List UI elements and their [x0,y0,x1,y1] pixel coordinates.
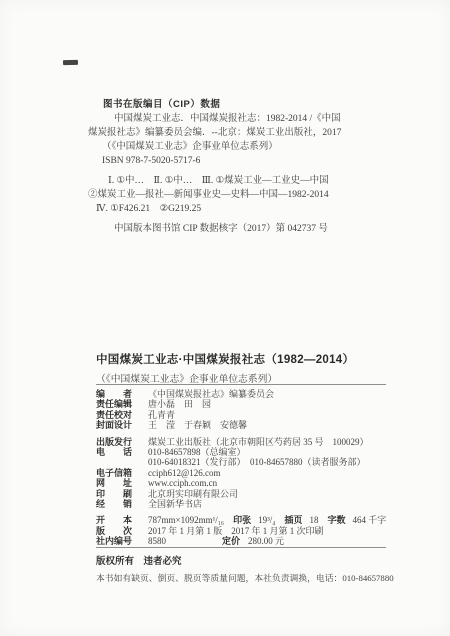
colophon-row-proofreader: 责任校对 孔青青 [96,410,406,420]
colophon-value: 787mm×1092mm¹/₁₆ [148,515,224,525]
colophon: 编 者 《中国煤炭报社志》编纂委员会 责任编辑 唐小磊 田 园 责任校对 孔青青… [96,389,406,546]
colophon-label: 编 者 [96,389,148,399]
colophon-label: 经 销 [96,499,148,509]
colophon-value: 010-84657898（总编室） [148,447,246,457]
cip-classification-line-2: ②煤炭工业—报社—新闻事业史—史料—中国—1982-2014 [88,188,394,202]
cip-classification-line-1: Ⅰ. ①中… Ⅱ. ①中… Ⅲ. ①煤炭工业—工业史—中国 [108,174,394,188]
colophon-value: 北京玥实印刷有限公司 [148,489,238,499]
colophon-label: 网 址 [96,478,148,488]
cip-classification-line-3: Ⅳ. ①F426.21 ②G219.25 [96,202,394,216]
colophon-label: 版 次 [96,526,148,536]
cip-isbn: ISBN 978-7-5020-5717-6 [102,154,394,168]
colophon-value: 《中国煤炭报社志》编纂委员会 [148,389,274,399]
colophon-value: 王 滢 于春颖 安德馨 [148,420,247,430]
colophon-row-distributor: 经 销 全国新华书店 [96,499,406,509]
colophon-label-price: 定价 [222,536,240,546]
colophon-row-phone: 电 话 010-84657898（总编室） [96,447,406,457]
colophon-row-website: 网 址 www.cciph.com.cn [96,478,406,488]
colophon-value-sheets: 19³/₄ [258,515,275,525]
colophon-label: 责任编辑 [96,399,148,409]
colophon-label-wordcount: 字数 [327,515,345,525]
scan-artifact-mark [63,60,78,65]
cip-record-number: 中国版本图书馆 CIP 数据核字（2017）第 042737 号 [114,222,394,236]
copyright-page: 图书在版编目（CIP）数据 中国煤炭工业志．中国煤炭报社志：1982-2014 … [0,0,450,636]
colophon-row-phone-continued: 010-64018321（发行部） 010-84657880（读者服务部） [96,457,406,467]
colophon-row-publisher: 出版发行 煤炭工业出版社（北京市朝阳区芍药居 35 号 100029） [96,437,406,447]
colophon-value-wordcount: 464 千字 [352,515,386,525]
colophon-label: 责任校对 [96,410,148,420]
colophon-row-cover-design: 封面设计 王 滢 于春颖 安德馨 [96,420,406,430]
footer: 版权所有 违者必究 本书如有缺页、倒页、脱页等质量问题，本社负责调换，电话：01… [96,553,396,584]
cip-description-line-1: 中国煤炭工业志．中国煤炭报社志：1982-2014 /《中国 [114,112,394,126]
colophon-label: 电子信箱 [96,468,148,478]
colophon-label: 封面设计 [96,420,148,430]
colophon-row-printer: 印 刷 北京玥实印刷有限公司 [96,489,406,499]
colophon-row-edition: 版 次 2017 年 1 月第 1 版 2017 年 1 月第 1 次印刷 [96,526,406,536]
colophon-row-responsible-editor: 责任编辑 唐小磊 田 园 [96,399,406,409]
colophon-value: www.cciph.com.cn [148,478,217,488]
colophon-label: 社内编号 [96,536,148,546]
colophon-value: 孔青青 [148,410,175,420]
colophon-value: 全国新华书店 [148,499,202,509]
colophon-label-inserts: 插页 [284,515,302,525]
cip-block: 图书在版编目（CIP）数据 中国煤炭工业志．中国煤炭报社志：1982-2014 … [88,98,394,236]
colophon-row-email: 电子信箱 cciph612@126.com [96,468,406,478]
colophon-label-sheets: 印张 [233,515,251,525]
book-title: 中国煤炭工业志·中国煤炭报社志（1982—2014） [96,351,396,367]
colophon-label: 印 刷 [96,489,148,499]
colophon-value-serial: 8580 [148,536,166,546]
colophon-value: 2017 年 1 月第 1 版 2017 年 1 月第 1 次印刷 [148,526,324,536]
book-series-note: （《中国煤炭工业志》企事业单位志系列） [96,371,396,385]
colophon-value: cciph612@126.com [148,468,221,478]
colophon-value: 010-64018321（发行部） 010-84657880（读者服务部） [148,457,366,467]
cip-header: 图书在版编目（CIP）数据 [103,98,394,112]
colophon-value: 煤炭工业出版社（北京市朝阳区芍药居 35 号 100029） [148,437,369,447]
copyright-notice: 版权所有 违者必究 [96,553,396,567]
divider-top [96,384,386,385]
colophon-value-inserts: 18 [309,515,318,525]
divider-bottom [96,547,386,548]
quality-notice: 本书如有缺页、倒页、脱页等质量问题，本社负责调换，电话：010-84657880 [96,571,396,584]
colophon-row-format: 开 本 787mm×1092mm¹/₁₆ 印张 19³/₄ 插页 18 字数 4… [96,515,406,525]
colophon-label: 开 本 [96,515,148,525]
cip-description-line-2: 煤炭报社志》编纂委员会编．--北京：煤炭工业出版社，2017 [88,126,394,140]
colophon-row-editor: 编 者 《中国煤炭报社志》编纂委员会 [96,389,406,399]
colophon-value: 唐小磊 田 园 [148,399,211,409]
colophon-label: 电 话 [96,447,148,457]
colophon-label: 出版发行 [96,437,148,447]
cip-series-note: （《中国煤炭工业志》企事业单位志系列） [102,140,394,154]
title-block: 中国煤炭工业志·中国煤炭报社志（1982—2014） （《中国煤炭工业志》企事业… [96,351,396,385]
colophon-value-price: 280.00 元 [248,536,284,546]
colophon-row-serial-price: 社内编号 8580 定价 280.00 元 [96,536,406,546]
